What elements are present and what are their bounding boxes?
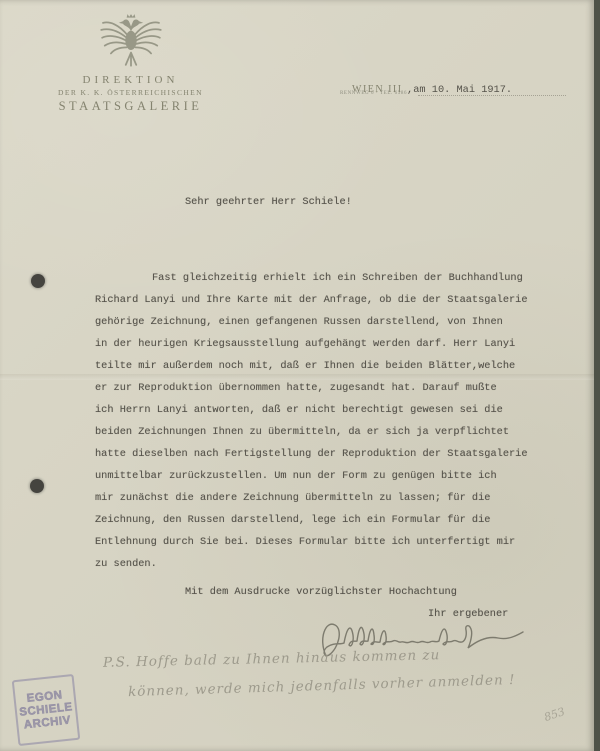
closing-formula: Mit dem Ausdrucke vorzüglichster Hochach…: [185, 586, 457, 598]
body-line: Entlehnung durch Sie bei. Dieses Formula…: [95, 531, 528, 553]
body-line: ich Herrn Lanyi antworten, daß er nicht …: [95, 399, 528, 421]
body-line: zu senden.: [95, 553, 528, 575]
salutation: Sehr geehrter Herr Schiele!: [185, 196, 352, 208]
postscript-line-2: können, werde mich jedenfalls vorher anm…: [128, 672, 516, 700]
archive-stamp: EGON SCHIELE ARCHIV: [12, 674, 81, 746]
body-line: beiden Zeichnungen Ihnen zu übermitteln,…: [95, 421, 528, 443]
body-line: Richard Lanyi und Ihre Karte mit der Anf…: [95, 289, 528, 311]
punch-hole-bottom: [30, 479, 44, 493]
body-line: in der heurigen Kriegsausstellung aufgeh…: [95, 333, 528, 355]
punch-hole-top: [31, 274, 45, 288]
letterhead-direktion: DIREKTION: [38, 74, 223, 86]
body-line: unmittelbar zurückzustellen. Um nun der …: [95, 465, 528, 487]
letterhead-staatsgalerie: STAATSGALERIE: [38, 99, 223, 114]
letterhead-org: DER K. K. ÖSTERREICHISCHEN: [38, 88, 223, 97]
body-line: gehörige Zeichnung, einen gefangenen Rus…: [95, 311, 528, 333]
body-line: Zeichnung, den Russen darstellend, lege …: [95, 509, 528, 531]
body-line: hatte dieselben nach Fertigstellung der …: [95, 443, 528, 465]
body-line: Fast gleichzeitig erhielt ich ein Schrei…: [95, 267, 528, 289]
imperial-eagle-icon: [96, 14, 166, 72]
letterhead-address: RENNWEG 6 · TEL. 6386: [340, 91, 407, 96]
body-line: teilte mir außerdem noch mit, daß er Ihn…: [95, 355, 528, 377]
letter-body: Fast gleichzeitig erhielt ich ein Schrei…: [95, 267, 528, 575]
body-line: mir zunächst die andere Zeichnung übermi…: [95, 487, 528, 509]
letterhead: DIREKTION DER K. K. ÖSTERREICHISCHEN STA…: [38, 14, 223, 114]
body-line: er zur Reproduktion übernommen hatte, zu…: [95, 377, 528, 399]
date-dotted-line: [418, 94, 566, 96]
pencil-page-number: 853: [543, 705, 567, 724]
letter-scan-paper: DIREKTION DER K. K. ÖSTERREICHISCHEN STA…: [0, 0, 594, 751]
